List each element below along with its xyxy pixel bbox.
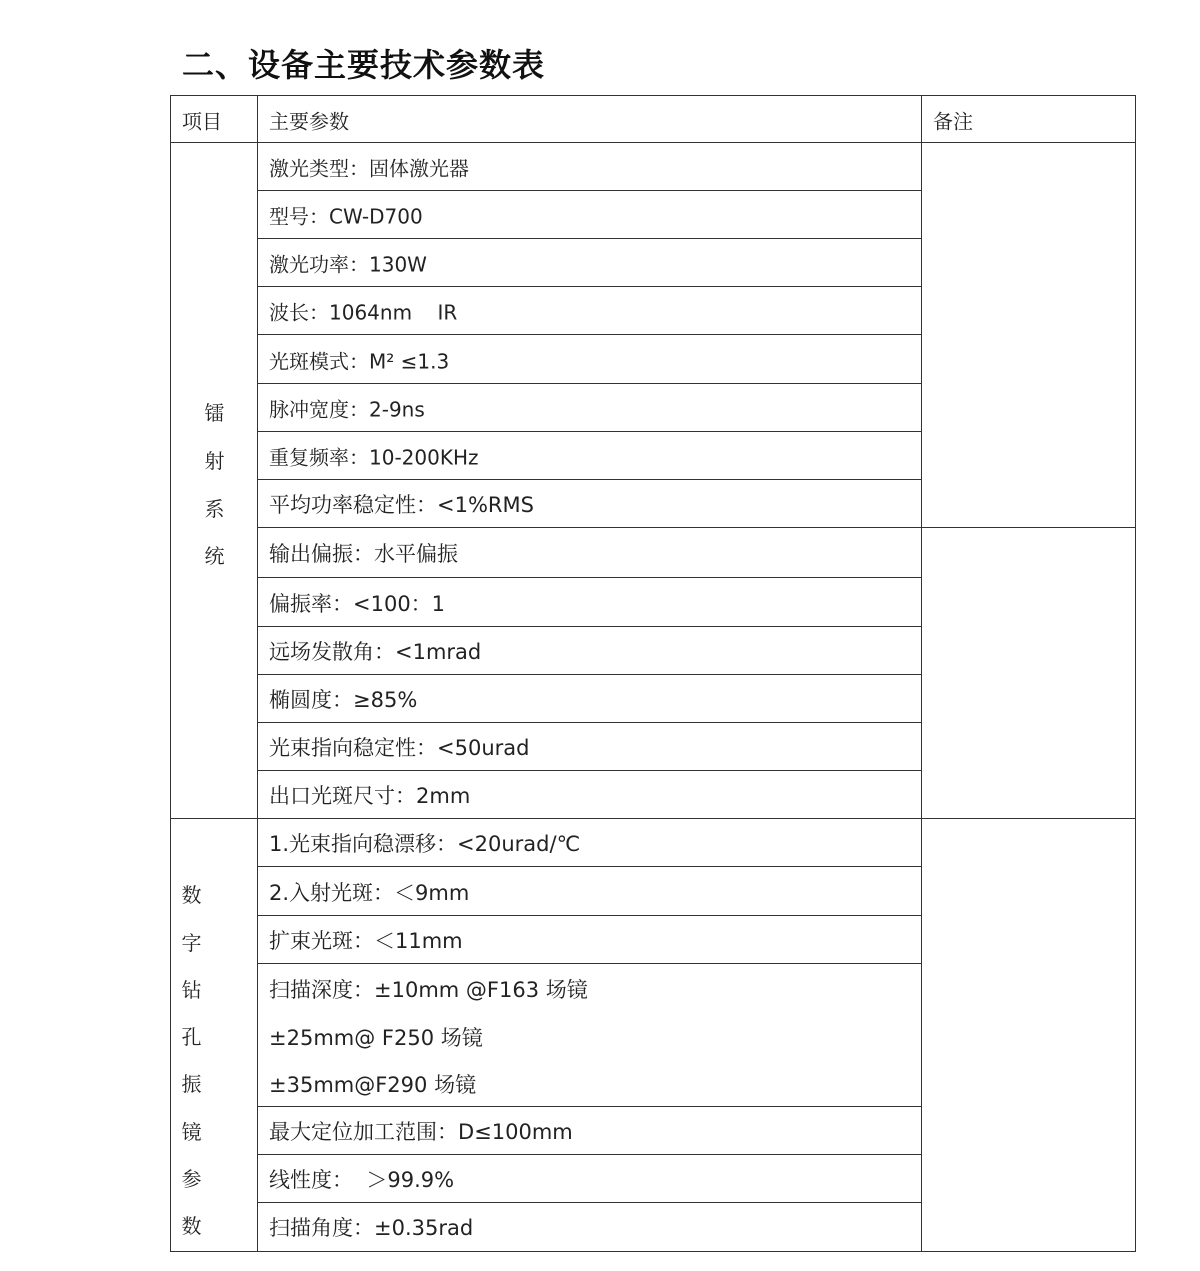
remarks-cell xyxy=(921,527,1136,820)
param-text: 2.入射光斑：＜9mm xyxy=(269,877,469,907)
param-text: 扫描深度：±10mm @F163 场镜 xyxy=(269,974,588,1004)
item-char: 射 xyxy=(171,445,258,474)
param-row: 最大定位加工范围：D≤100mm xyxy=(257,1106,923,1156)
param-text: 扩束光斑：＜11mm xyxy=(269,925,463,955)
item-char: 镜 xyxy=(148,1116,235,1145)
item-char: 孔 xyxy=(148,1021,235,1050)
item-cell-laser-system: 镭 射 系 统 xyxy=(170,142,259,820)
param-text: 最大定位加工范围：D≤100mm xyxy=(269,1116,573,1146)
header-params: 主要参数 xyxy=(257,95,923,144)
remarks-cell xyxy=(921,818,1136,1252)
param-text: 激光类型：固体激光器 xyxy=(269,153,469,182)
param-row: 激光类型：固体激光器 xyxy=(257,142,923,192)
param-text: 重复频率：10-200KHz xyxy=(269,442,479,471)
param-text: 扫描角度：±0.35rad xyxy=(269,1212,473,1242)
item-cell-galvo-params: 数 字 钻 孔 振 镜 参 数 xyxy=(170,818,259,1252)
param-row-scan-depth: 扫描深度：±10mm @F163 场镜 ±25mm@ F250 场镜 ±35mm… xyxy=(257,963,923,1108)
remarks-cell xyxy=(921,142,1136,529)
param-text: 出口光斑尺寸：2mm xyxy=(269,780,470,810)
param-row: 重复频率：10-200KHz xyxy=(257,431,923,481)
param-row: 型号：CW-D700 xyxy=(257,190,923,240)
param-text: 平均功率稳定性：<1%RMS xyxy=(269,489,534,519)
param-row: 光束指向稳定性：<50urad xyxy=(257,722,923,772)
param-text: 输出偏振：水平偏振 xyxy=(269,538,458,568)
param-row: 扩束光斑：＜11mm xyxy=(257,915,923,965)
param-text: 椭圆度：≥85% xyxy=(269,684,417,714)
param-text: 光束指向稳定性：<50urad xyxy=(269,732,529,762)
param-text: 偏振率：<100：1 xyxy=(269,588,445,618)
param-text: 1.光束指向稳漂移：<20urad/℃ xyxy=(269,828,580,858)
param-text: 脉冲宽度：2-9ns xyxy=(269,394,425,423)
param-row: 光斑模式：M² ≤1.3 xyxy=(257,334,923,385)
header-item: 项目 xyxy=(170,95,259,144)
header-params-label: 主要参数 xyxy=(269,105,349,134)
item-char: 数 xyxy=(148,879,235,908)
header-remarks: 备注 xyxy=(921,95,1136,144)
param-row: 平均功率稳定性：<1%RMS xyxy=(257,479,923,529)
item-char: 字 xyxy=(148,927,235,956)
param-row: 脉冲宽度：2-9ns xyxy=(257,383,923,433)
item-char: 统 xyxy=(171,540,258,569)
item-char: 系 xyxy=(171,493,258,522)
param-row: 偏振率：<100：1 xyxy=(257,577,923,628)
param-text: 光斑模式：M² ≤1.3 xyxy=(269,345,449,374)
param-row: 1.光束指向稳漂移：<20urad/℃ xyxy=(257,818,923,868)
param-text: 远场发散角：<1mrad xyxy=(269,636,481,666)
param-row: 波长：1064nm IR xyxy=(257,286,923,336)
param-row: 椭圆度：≥85% xyxy=(257,674,923,724)
param-row: 出口光斑尺寸：2mm xyxy=(257,770,923,820)
param-row: 远场发散角：<1mrad xyxy=(257,626,923,676)
item-char: 镭 xyxy=(171,397,258,426)
param-text: 波长：1064nm IR xyxy=(269,297,457,326)
param-row: 扫描角度：±0.35rad xyxy=(257,1202,923,1252)
item-char: 振 xyxy=(148,1068,235,1097)
header-item-label: 项目 xyxy=(182,105,222,134)
item-char: 数 xyxy=(148,1210,235,1239)
param-row: 输出偏振：水平偏振 xyxy=(257,527,923,579)
header-remarks-label: 备注 xyxy=(933,105,973,134)
page-title: 二、设备主要技术参数表 xyxy=(182,40,545,86)
param-text: 激光功率：130W xyxy=(269,249,427,278)
param-text: ±35mm@F290 场镜 xyxy=(269,1069,476,1099)
item-char: 钻 xyxy=(148,974,235,1003)
param-row: 线性度： ＞99.9% xyxy=(257,1154,923,1204)
item-char: 参 xyxy=(148,1163,235,1192)
param-row: 2.入射光斑：＜9mm xyxy=(257,866,923,917)
param-row: 激光功率：130W xyxy=(257,238,923,288)
param-text: ±25mm@ F250 场镜 xyxy=(269,1022,483,1052)
param-text: 线性度： ＞99.9% xyxy=(269,1164,454,1194)
param-text: 型号：CW-D700 xyxy=(269,201,423,230)
